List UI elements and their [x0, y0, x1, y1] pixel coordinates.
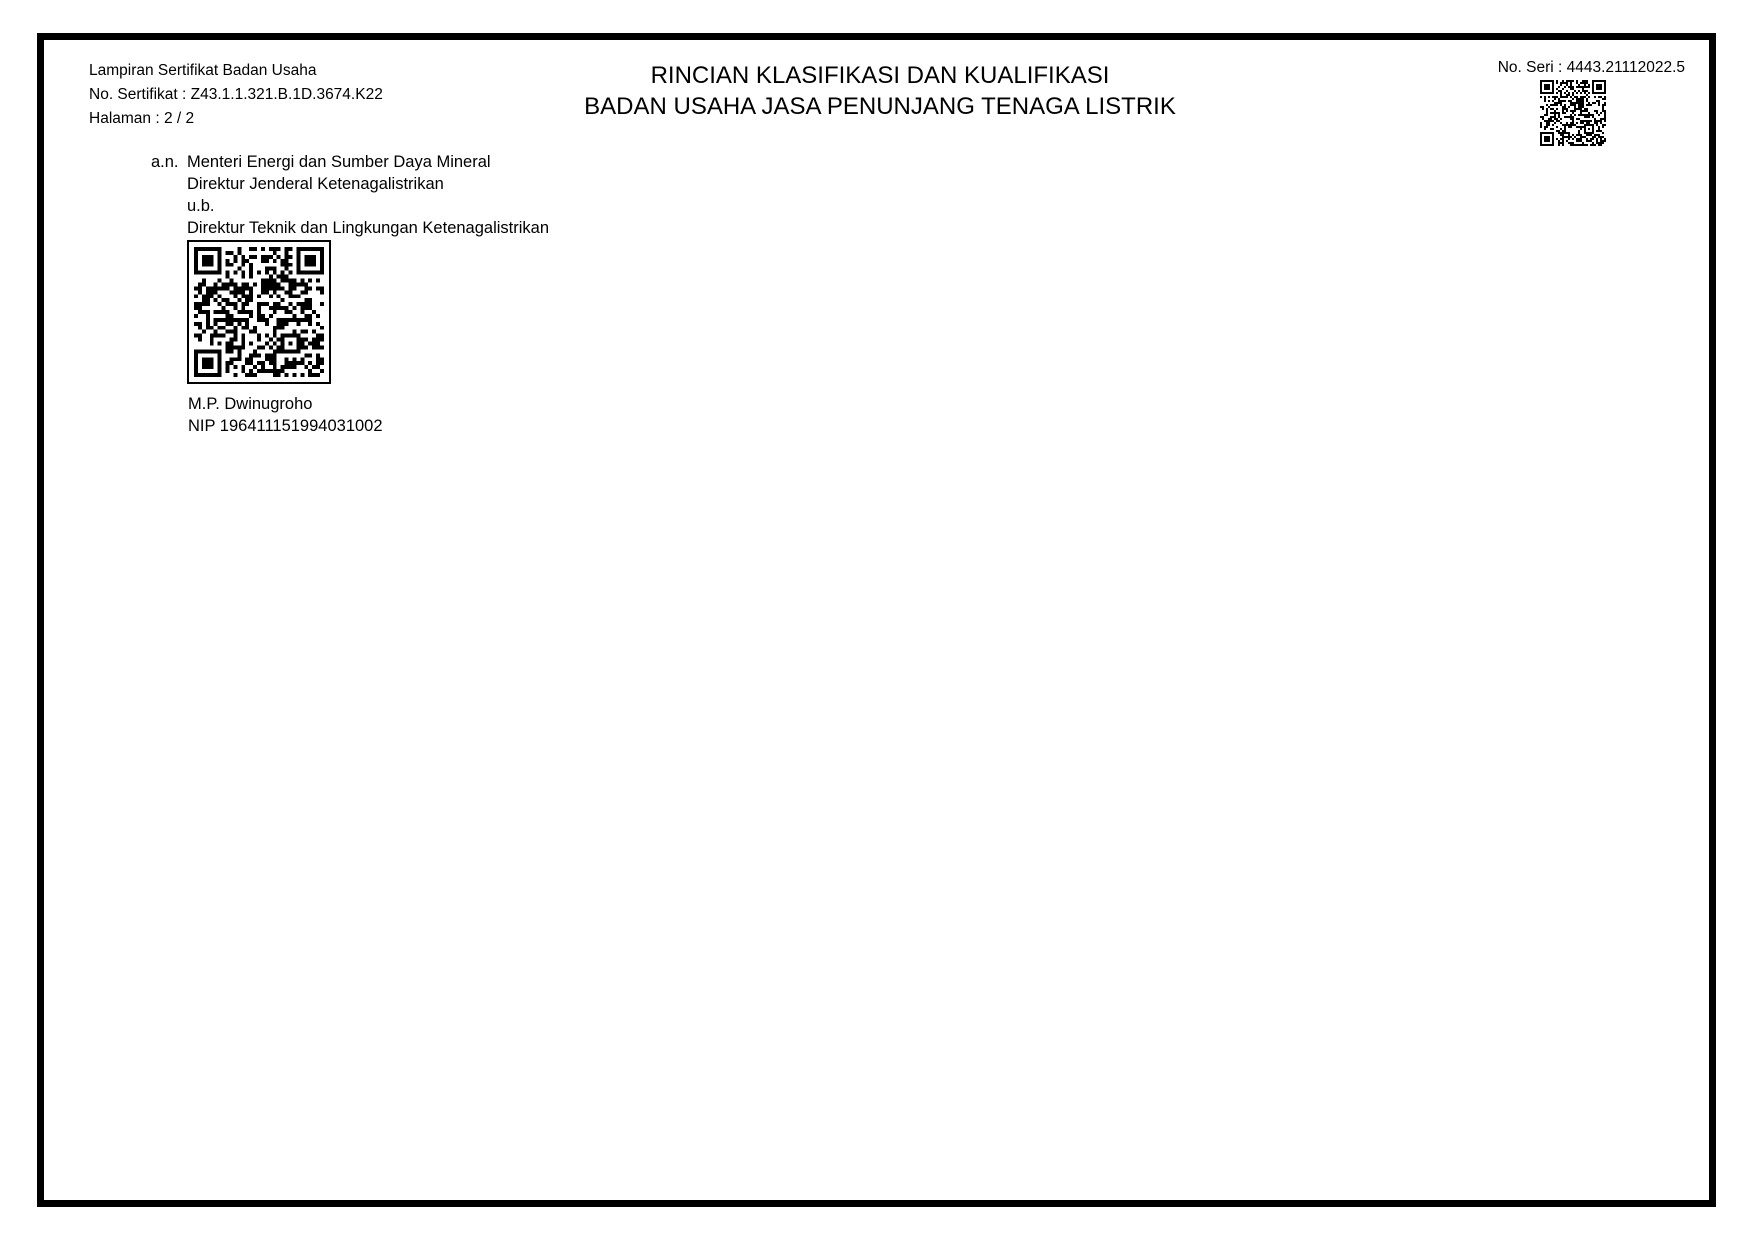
title-line-1: RINCIAN KLASIFIKASI DAN KUALIFIKASI — [560, 60, 1200, 91]
title-line-2: BADAN USAHA JASA PENUNJANG TENAGA LISTRI… — [560, 91, 1200, 122]
page-number: Halaman : 2 / 2 — [89, 107, 383, 131]
signer-name: M.P. Dwinugroho — [188, 393, 383, 415]
signature-line-director-general: Direktur Jenderal Ketenagalistrikan — [151, 173, 549, 195]
qr-code-icon — [1540, 80, 1606, 146]
signature-qr-frame — [187, 240, 331, 384]
signature-line-minister: Menteri Energi dan Sumber Daya Mineral — [187, 153, 491, 171]
signer-nip: NIP 196411151994031002 — [188, 415, 383, 437]
signature-line-director: Direktur Teknik dan Lingkungan Ketenagal… — [151, 217, 549, 239]
document-title: RINCIAN KLASIFIKASI DAN KUALIFIKASI BADA… — [560, 60, 1200, 122]
attachment-label: Lampiran Sertifikat Badan Usaha — [89, 59, 383, 83]
serial-number: No. Seri : 4443.21112022.5 — [1440, 58, 1685, 78]
signature-prefix: a.n. — [151, 151, 187, 173]
certificate-number: No. Sertifikat : Z43.1.1.321.B.1D.3674.K… — [89, 83, 383, 107]
signature-block: a.n.Menteri Energi dan Sumber Daya Miner… — [151, 151, 549, 239]
document-meta: Lampiran Sertifikat Badan Usaha No. Sert… — [89, 59, 383, 131]
signature-line-ub: u.b. — [151, 195, 549, 217]
qr-code-icon — [194, 247, 324, 377]
signer-info: M.P. Dwinugroho NIP 196411151994031002 — [188, 393, 383, 437]
